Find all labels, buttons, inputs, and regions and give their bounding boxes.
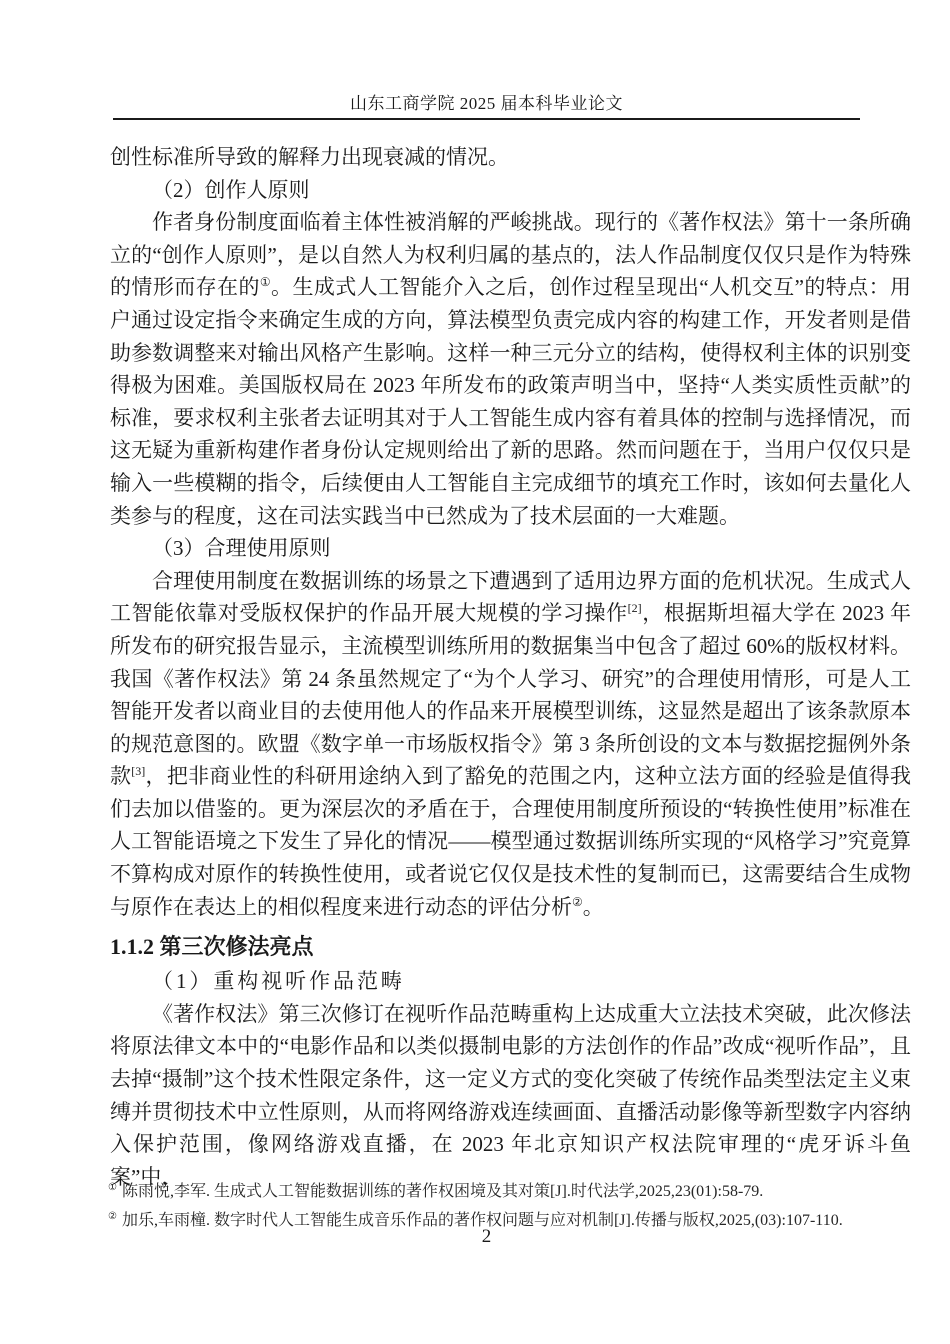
paragraph: 《著作权法》第三次修订在视听作品范畴重构上达成重大立法技术突破，此次修法将原法律… <box>110 998 911 1194</box>
footnote-marker: ① <box>108 1182 117 1193</box>
footnote-ref: ① <box>260 275 271 289</box>
paragraph: （3）合理使用原则 <box>110 532 911 565</box>
footnote-marker: ② <box>108 1211 117 1222</box>
thesis-page: 山东工商学院 2025 届本科毕业论文 创性标准所导致的解释力出现衰减的情况。（… <box>0 0 950 1344</box>
footnote-text: 陈雨悦,李军. 生成式人工智能数据训练的著作权困境及其对策[J].时代法学,20… <box>122 1183 763 1200</box>
paragraph: 创性标准所导致的解释力出现衰减的情况。 <box>110 141 911 174</box>
paragraph: （2）创作人原则 <box>110 174 911 207</box>
page-header: 山东工商学院 2025 届本科毕业论文 <box>113 94 860 120</box>
document-body: 创性标准所导致的解释力出现衰减的情况。（2）创作人原则作者身份制度面临着主体性被… <box>110 141 911 1193</box>
paragraph: （1）重构视听作品范畴 <box>110 965 911 998</box>
paragraph: 作者身份制度面临着主体性被消解的严峻挑战。现行的《著作权法》第十一条所确立的“创… <box>110 206 911 532</box>
footnote-ref: ② <box>572 895 583 909</box>
page-number: 2 <box>113 1226 860 1248</box>
footnote-ref: [2] <box>628 601 642 615</box>
section-heading: 1.1.2 第三次修法亮点 <box>110 930 911 964</box>
footnote-ref: [3] <box>131 764 145 778</box>
footnote: ①陈雨悦,李军. 生成式人工智能数据训练的著作权困境及其对策[J].时代法学,2… <box>108 1177 910 1206</box>
paragraph: 合理使用制度在数据训练的场景之下遭遇到了适用边界方面的危机状况。生成式人工智能依… <box>110 565 911 924</box>
header-title: 山东工商学院 2025 届本科毕业论文 <box>350 94 623 113</box>
